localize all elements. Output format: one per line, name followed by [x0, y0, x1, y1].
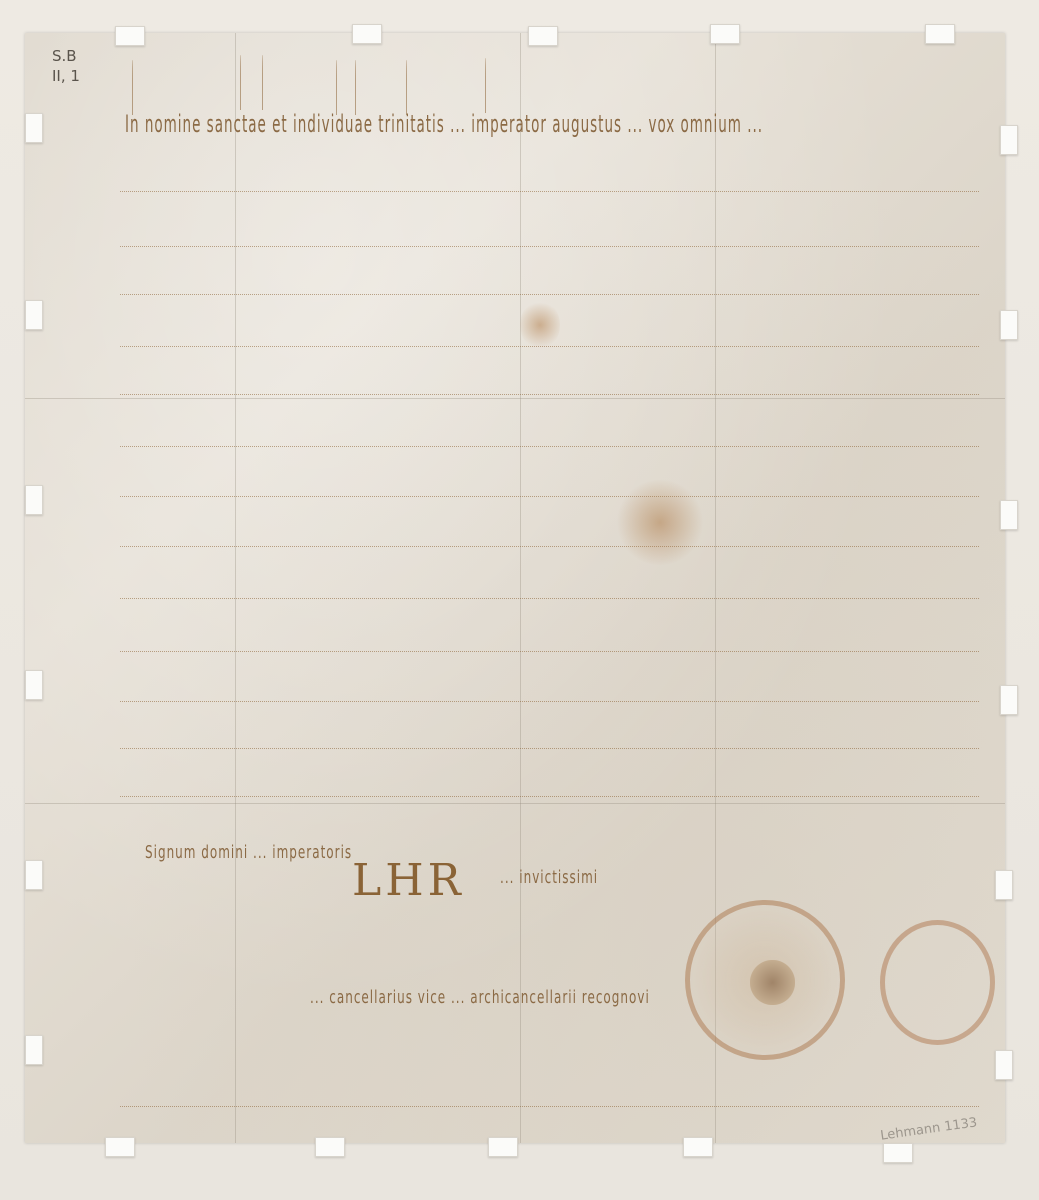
signum-line: Signum domini ... imperatoris [145, 842, 352, 863]
text-line [120, 592, 979, 599]
mount-tab [25, 860, 43, 890]
shelfmark-line: S.B [52, 46, 80, 66]
text-line [120, 388, 979, 395]
mount-tab [995, 1050, 1013, 1080]
seal-attachment-hole [750, 960, 795, 1005]
recognition-line: ... cancellarius vice ... archicancellar… [310, 987, 650, 1008]
elongated-script-title-line: In nomine sanctae et individuae trinitat… [125, 110, 965, 139]
text-line [120, 288, 979, 295]
text-line [120, 1100, 979, 1107]
text-line [120, 185, 979, 192]
mount-tab [883, 1143, 913, 1163]
mount-tab [352, 24, 382, 44]
shelfmark-line: II, 1 [52, 66, 80, 86]
mount-tab [1000, 310, 1018, 340]
signum-line-right: ... invictissimi [500, 867, 598, 888]
mount-tab [115, 26, 145, 46]
ascender-stroke [336, 60, 338, 115]
mount-tab [925, 24, 955, 44]
ascender-stroke [355, 60, 357, 115]
mount-tab [25, 1035, 43, 1065]
mount-tab [683, 1137, 713, 1157]
mount-tab [488, 1137, 518, 1157]
fold-line [520, 33, 521, 1143]
text-line [120, 490, 979, 497]
ascender-stroke [485, 58, 487, 113]
text-line [120, 645, 979, 652]
text-line [120, 695, 979, 702]
mount-tab [1000, 125, 1018, 155]
text-line [120, 790, 979, 797]
mount-tab [25, 113, 43, 143]
mount-tab [710, 24, 740, 44]
mount-tab [1000, 685, 1018, 715]
ascender-stroke [262, 55, 264, 110]
mount-tab [25, 300, 43, 330]
seal-stain-ring [880, 920, 995, 1045]
water-stain [615, 480, 705, 565]
mount-tab [25, 485, 43, 515]
ascender-stroke [406, 60, 408, 115]
fold-line [235, 33, 236, 1143]
text-line [120, 742, 979, 749]
ascender-stroke [240, 55, 242, 110]
mount-tab [25, 670, 43, 700]
water-stain [520, 300, 560, 350]
mount-tab [528, 26, 558, 46]
mount-tab [105, 1137, 135, 1157]
mount-tab [1000, 500, 1018, 530]
mount-tab [315, 1137, 345, 1157]
parchment-charter [25, 33, 1005, 1143]
ascender-stroke [132, 60, 134, 115]
fold-line [25, 803, 1005, 804]
mount-tab [995, 870, 1013, 900]
fold-line [25, 398, 1005, 399]
text-line [120, 540, 979, 547]
imperial-monogram: LHR [352, 855, 467, 915]
text-line [120, 440, 979, 447]
shelfmark-annotation: S.B II, 1 [52, 46, 80, 86]
text-line [120, 240, 979, 247]
